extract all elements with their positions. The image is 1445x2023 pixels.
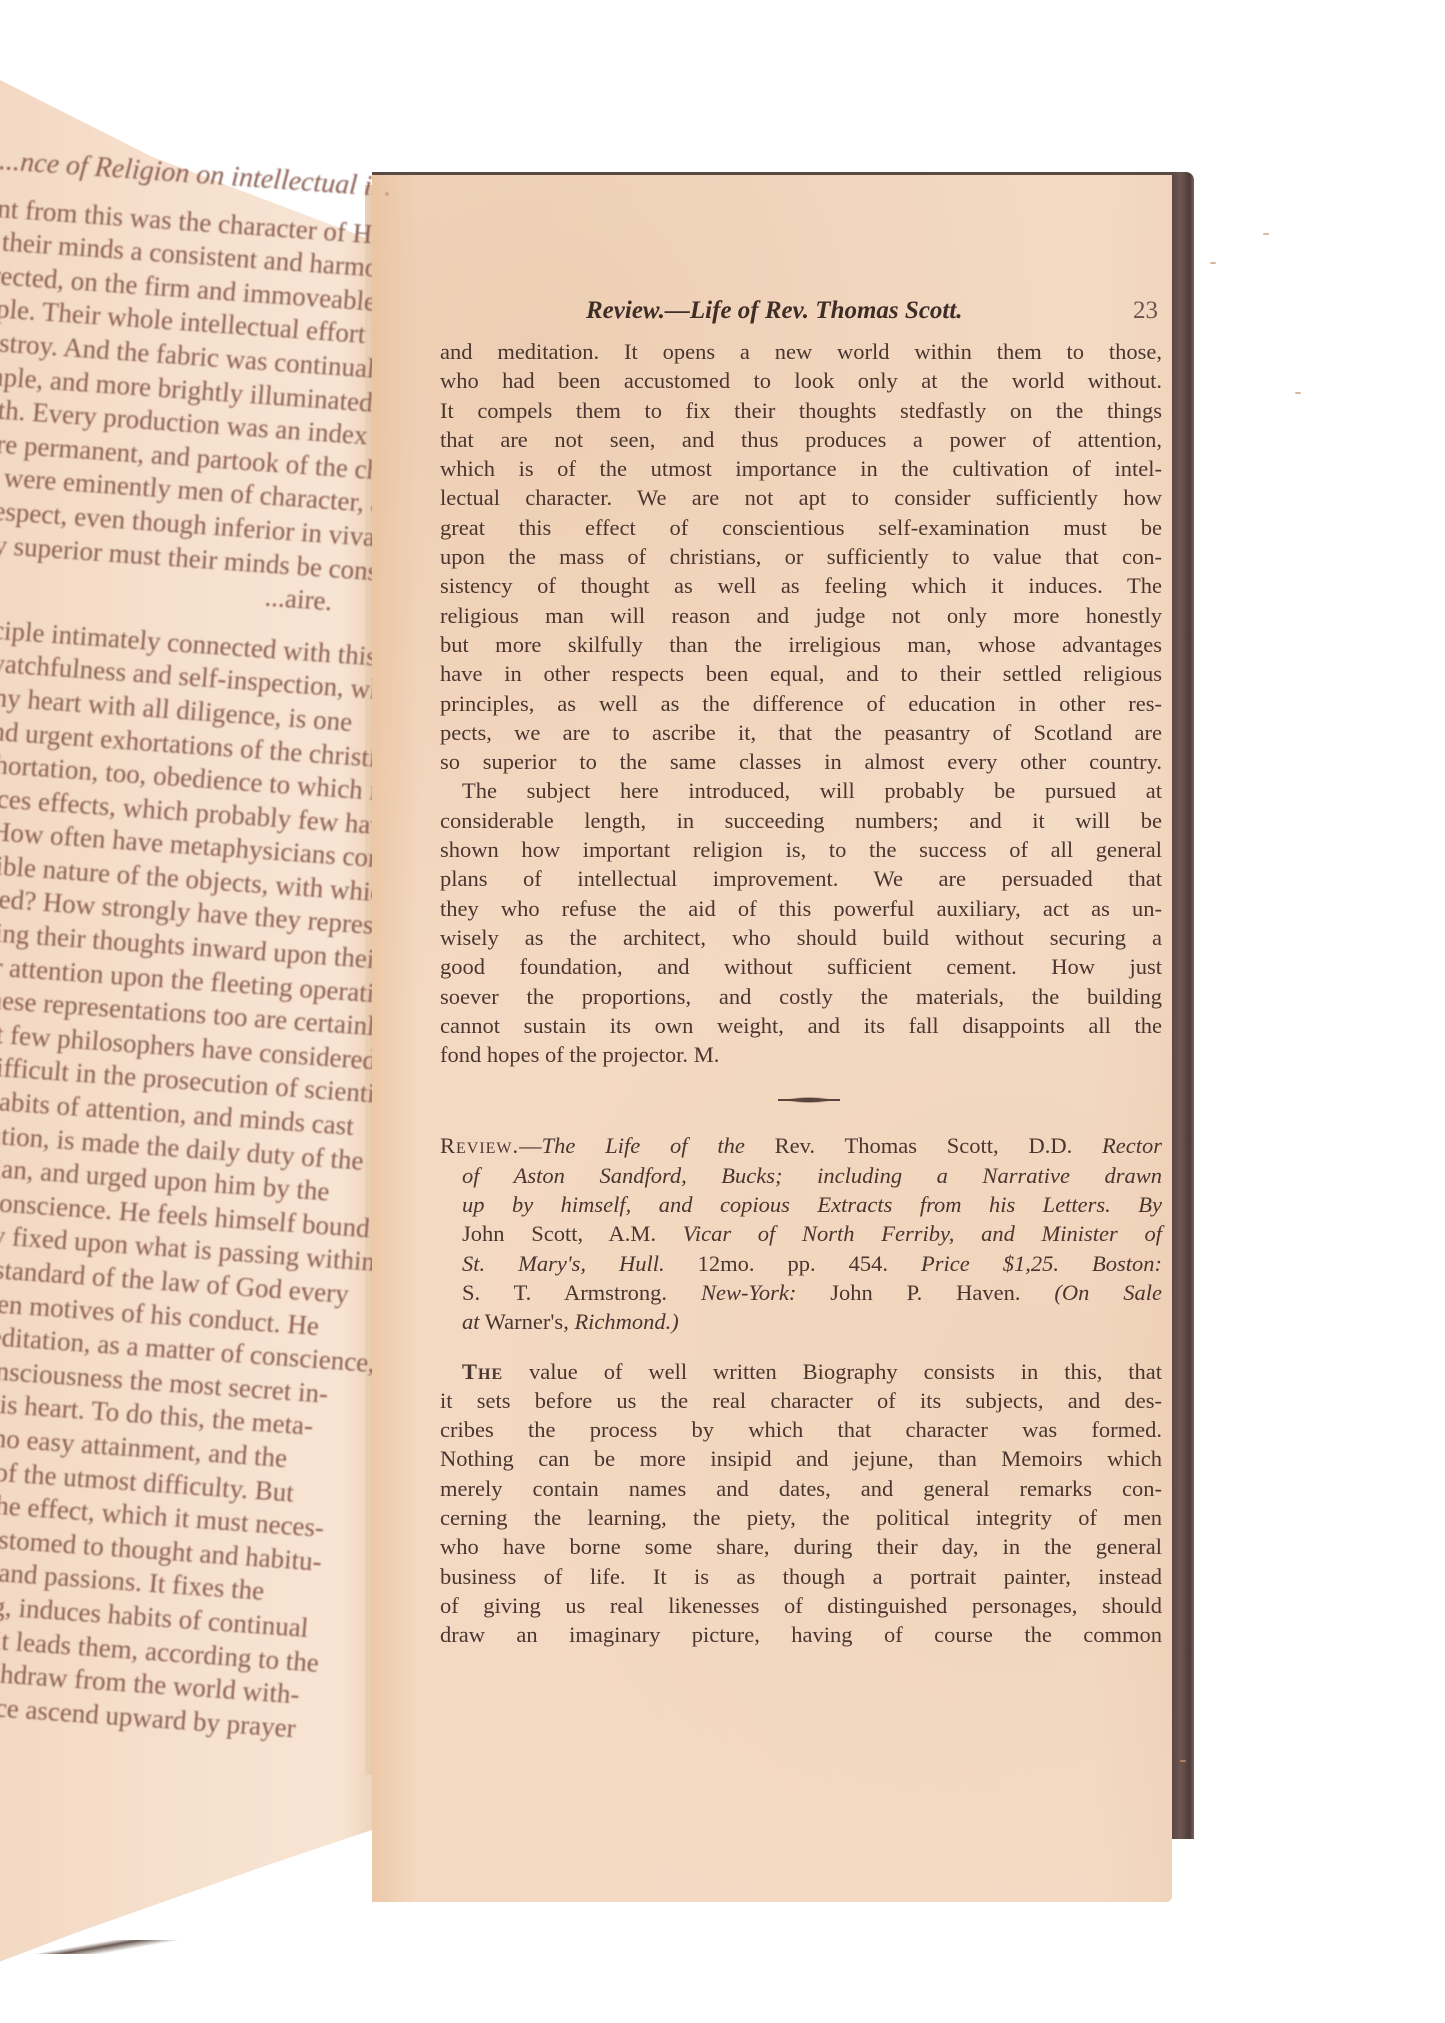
paper-speck [1263,233,1269,235]
review-city-ny: New-York: [701,1280,796,1305]
review-seller: Warner's, [480,1309,575,1334]
text-line: cannot sustain its own weight, and its f… [440,1011,1162,1040]
text-line: upon the mass of christians, or sufficie… [440,542,1162,571]
author-signature: M. [694,1042,720,1067]
review-title-subject: Rev. Thomas Scott, D.D. [745,1133,1102,1158]
text-line: pects, we are to ascribe it, that the pe… [440,718,1162,747]
text-line: business of life. It is as though a port… [440,1562,1162,1591]
review-format-pages: 12mo. pp. 454. [665,1251,921,1276]
paper-speck [1180,1760,1186,1762]
review-on-sale: (On Sale [1054,1280,1162,1305]
text-line: It compels them to fix their thoughts st… [440,396,1162,425]
text-line: lectual character. We are not apt to con… [440,483,1162,512]
review-seller-city: Richmond.) [574,1309,678,1334]
book-cover-edge [1172,172,1194,1839]
review-heading: Review.—The Life of the Rev. Thomas Scot… [440,1131,1162,1336]
text-line: Nothing can be more insipid and jejune, … [440,1444,1162,1473]
text-line: they who refuse the aid of this powerful… [440,894,1162,923]
text-line: who have borne some share, during their … [440,1532,1162,1561]
text-line: sistency of thought as well as feeling w… [440,571,1162,600]
text-line: it sets before us the real character of … [440,1386,1162,1415]
text-line: soever the proportions, and costly the m… [440,982,1162,1011]
section-divider-ornament [786,1097,832,1103]
text-line: so superior to the same classes in almos… [440,747,1162,776]
review-publisher-ny: John P. Haven. [796,1280,1054,1305]
text-line: which is of the utmost importance in the… [440,454,1162,483]
text-line: and meditation. It opens a new world wit… [440,337,1162,366]
review-publisher-boston: S. T. Armstrong. [462,1280,701,1305]
text-line: The subject here introduced, will probab… [440,776,1162,805]
paper-speck [385,192,389,196]
text-line: cerning the learning, the piety, the pol… [440,1503,1162,1532]
review-title-rector: Rector [1102,1133,1162,1158]
text-line: that are not seen, and thus produces a p… [440,425,1162,454]
text-line: of giving us real likenesses of distingu… [440,1591,1162,1620]
review-title-italic: The Life of the [542,1133,745,1158]
text-line: great this effect of conscientious self-… [440,513,1162,542]
closing-text: fond hopes of the projector. [440,1042,688,1067]
paragraph-biography: The value of well written Biography cons… [440,1357,1162,1650]
text-line: plans of intellectual improvement. We ar… [440,864,1162,893]
text-line: shown how important religion is, to the … [440,835,1162,864]
text-line: draw an imaginary picture, having of cou… [440,1620,1162,1649]
text-line: religious man will reason and judge not … [440,601,1162,630]
text-line: who had been accustomed to look only at … [440,366,1162,395]
right-page-content: Review.—Life of Rev. Thomas Scott. 23 an… [440,297,1162,1649]
running-head: Review.—Life of Rev. Thomas Scott. 23 [440,297,1162,337]
review-author: John Scott, A.M. [462,1221,683,1246]
review-label: Review. [440,1133,519,1158]
paragraph-subject-introduced: The subject here introduced, will probab… [440,776,1162,1040]
text-line: considerable length, in succeeding numbe… [440,806,1162,835]
paragraph-first-line: value of well written Biography consists… [503,1359,1162,1384]
review-price-city: Price $1,25. Boston: [921,1251,1162,1276]
running-head-title: Review.—Life of Rev. Thomas Scott. [586,297,963,325]
paper-speck [1210,262,1216,264]
closing-line: fond hopes of the projector. M. [440,1040,1162,1069]
review-line-2: of Aston Sandford, Bucks; including a Na… [440,1161,1162,1190]
text-line: principles, as well as the difference of… [440,689,1162,718]
paragraph-continuation: and meditation. It opens a new world wit… [440,337,1162,776]
left-page-frayed-edge [0,1940,200,1954]
text-line: merely contain names and dates, and gene… [440,1474,1162,1503]
paragraph-biography-lines: it sets before us the real character of … [440,1386,1162,1650]
page-number: 23 [1133,297,1158,325]
review-dash: — [519,1133,542,1158]
text-line: have in other respects been equal, and t… [440,659,1162,688]
review-line-3: up by himself, and copious Extracts from… [440,1190,1162,1219]
text-line: cribes the process by which that charact… [440,1415,1162,1444]
drop-word: The [462,1359,503,1384]
text-line: but more skilfully than the irreligious … [440,630,1162,659]
left-running-head: ...nce of Religion on intellectual impro… [0,142,370,203]
paper-speck [1295,392,1301,394]
text-line: good foundation, and without sufficient … [440,952,1162,981]
review-author-title: Vicar of North Ferriby, and Minister of [683,1221,1162,1246]
review-at: at [462,1309,480,1334]
review-parish: St. Mary's, Hull. [462,1251,665,1276]
text-line: wisely as the architect, who should buil… [440,923,1162,952]
